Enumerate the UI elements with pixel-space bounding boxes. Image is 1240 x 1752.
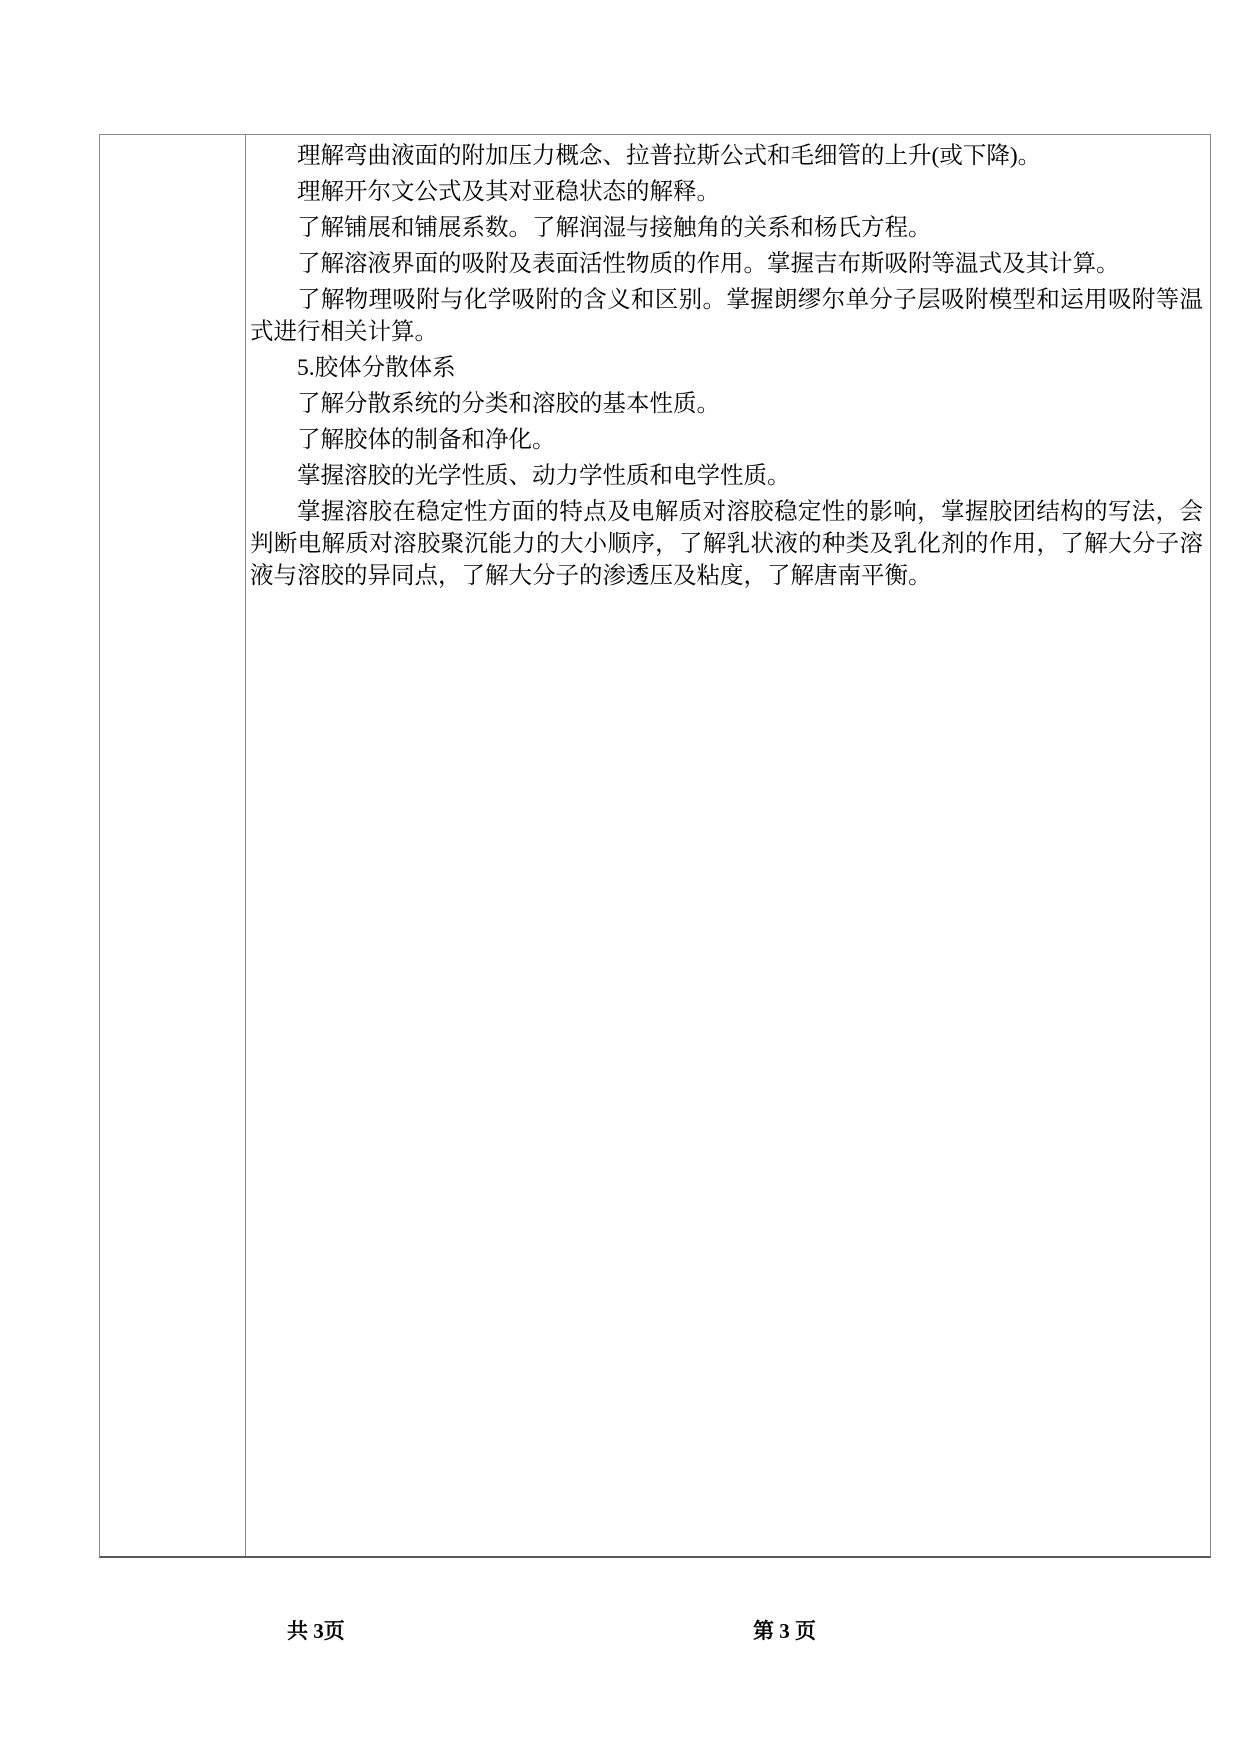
document-page: 理解弯曲液面的附加压力概念、拉普拉斯公式和毛细管的上升(或下降)。理解开尔文公式…: [0, 0, 1240, 1752]
content-paragraph: 理解弯曲液面的附加压力概念、拉普拉斯公式和毛细管的上升(或下降)。: [250, 140, 1203, 172]
footer-total-pages: 共 3页: [287, 1618, 345, 1644]
footer-current-page: 第 3 页: [753, 1618, 816, 1644]
content-paragraph: 掌握溶胶在稳定性方面的特点及电解质对溶胶稳定性的影响，掌握胶团结构的写法，会判断…: [250, 496, 1203, 592]
table-cell-left: [100, 135, 246, 1556]
content-paragraph: 5.胶体分散体系: [250, 352, 1203, 384]
content-paragraph: 掌握溶胶的光学性质、动力学性质和电学性质。: [250, 460, 1203, 492]
content-paragraph: 了解铺展和铺展系数。了解润湿与接触角的关系和杨氏方程。: [250, 212, 1203, 244]
content-paragraph: 了解胶体的制备和净化。: [250, 424, 1203, 456]
content-paragraph: 了解分散系统的分类和溶胶的基本性质。: [250, 388, 1203, 420]
content-paragraph: 理解开尔文公式及其对亚稳状态的解释。: [250, 176, 1203, 208]
content-paragraph: 了解物理吸附与化学吸附的含义和区别。掌握朗缪尔单分子层吸附模型和运用吸附等温式进…: [250, 284, 1203, 348]
syllabus-table: 理解弯曲液面的附加压力概念、拉普拉斯公式和毛细管的上升(或下降)。理解开尔文公式…: [99, 134, 1211, 1558]
content-paragraph: 了解溶液界面的吸附及表面活性物质的作用。掌握吉布斯吸附等温式及其计算。: [250, 248, 1203, 280]
table-cell-content: 理解弯曲液面的附加压力概念、拉普拉斯公式和毛细管的上升(或下降)。理解开尔文公式…: [246, 135, 1210, 1556]
